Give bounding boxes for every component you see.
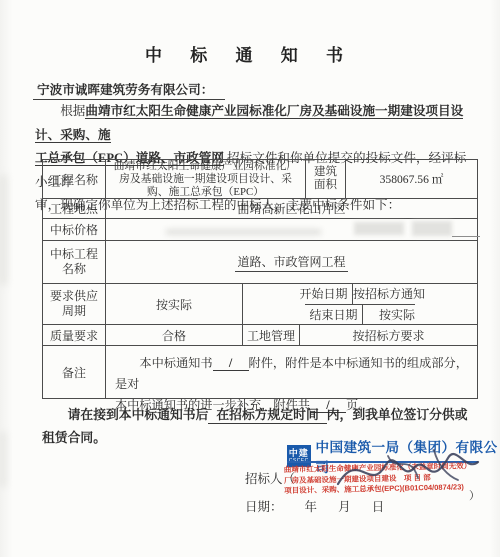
- remark-line-1: 本中标通知书/附件，附件是本中标通知书的组成部分，是对: [115, 353, 468, 395]
- table-row-remark: 备注 本中标通知书/附件，附件是本中标通知书的组成部分，是对 本中标通知书的进一…: [43, 345, 477, 398]
- project-name-underlined: 曲靖市红太阳生命健康产业园标准化厂房及基础设施一期建设项目设计、采购、施: [35, 104, 463, 143]
- date-subtable: 开始日期 按招标方通知 结束日期 按实际: [242, 284, 477, 324]
- end-date-label: 结束日期: [305, 305, 362, 325]
- start-date-label: 开始日期: [295, 284, 352, 304]
- notice-prefix: 请在接到本中标通知书后: [68, 408, 209, 422]
- date-label: 日期：: [245, 500, 283, 514]
- notice-line-1: 请在接到本中标通知书后在招标方规定时间内，到我单位签订分供或: [42, 404, 468, 427]
- handwritten-signature: [330, 432, 485, 504]
- price-value-redacted: [105, 219, 477, 240]
- remark-cell: 本中标通知书/附件，附件是本中标通知书的组成部分，是对 本中标通知书的进一步补充…: [105, 346, 477, 398]
- location-label: 工程地点: [43, 199, 105, 218]
- scan-artifact: [0, 432, 6, 487]
- start-date-value: 按招标方通知: [352, 284, 425, 304]
- quality-label: 质量要求: [43, 325, 105, 345]
- location-value: 曲靖高新区花山片区: [105, 199, 477, 218]
- win-name-cell: 道路、市政管网工程: [105, 241, 477, 283]
- table-row-project-name: 工程名称 曲靖市红太阳生命健康产业园标准化厂房及基础设施一期建设项目设计、采购、…: [43, 160, 477, 198]
- redaction-smudge: [166, 229, 321, 235]
- table-row-location: 工程地点 曲靖高新区花山片区: [43, 198, 477, 218]
- redaction-smudge: [412, 221, 452, 236]
- win-name-label: 中标工程名称: [43, 241, 105, 283]
- end-date-row: 结束日期 按实际: [305, 304, 415, 325]
- table-row-quality: 质量要求 合格 工地管理 按招标方要求: [43, 324, 477, 345]
- redaction-underline: [452, 236, 480, 237]
- scan-artifact: [0, 175, 7, 285]
- date-value: 年 月 日: [305, 500, 394, 514]
- notice-suffix: 内，到我单位签订分供或: [327, 408, 468, 422]
- project-name-value: 曲靖市红太阳生命健康产业园标准化厂房及基础设施一期建设项目设计、采购、施工总承包…: [105, 160, 305, 198]
- area-label: 建筑面积: [305, 160, 345, 198]
- start-date-row: 开始日期 按招标方通知: [295, 284, 425, 304]
- supply-value: 按实际: [105, 284, 242, 324]
- addressee-company: 宁波市诚晖建筑劳务有限公司：: [33, 79, 225, 100]
- intro-prefix: 根据: [60, 104, 85, 118]
- remark-blank-slash: /: [213, 357, 249, 371]
- table-row-supply-period: 要求供应周期 按实际 开始日期 按招标方通知 结束日期 按实际: [43, 283, 477, 324]
- end-date-value: 按实际: [362, 305, 415, 325]
- supply-label: 要求供应周期: [43, 284, 105, 324]
- quality-value: 合格: [105, 325, 242, 345]
- logo-glyph: 中建: [289, 449, 309, 458]
- table-row-win-name: 中标工程名称 道路、市政管网工程: [43, 240, 477, 283]
- table-row-price: 中标价格: [43, 218, 477, 240]
- remark-label: 备注: [43, 346, 105, 398]
- price-label: 中标价格: [43, 219, 105, 240]
- win-name-value: 道路、市政管网工程: [235, 253, 347, 272]
- site-label: 工地管理: [242, 325, 299, 345]
- scanned-bid-notice-document: 中 标 通 知 书 宁波市诚晖建筑劳务有限公司： 根据曲靖市红太阳生命健康产业园…: [0, 0, 500, 557]
- intro-line-1: 根据曲靖市红太阳生命健康产业园标准化厂房及基础设施一期建设项目设计、采购、施: [35, 100, 469, 147]
- document-title: 中 标 通 知 书: [0, 41, 500, 66]
- project-name-label: 工程名称: [43, 160, 105, 198]
- notice-filled-blank: 在招标方规定时间: [208, 408, 326, 424]
- date-line: 日期：年 月 日: [245, 497, 393, 515]
- redaction-smudge: [354, 222, 404, 235]
- area-value: 358067.56 ㎡: [345, 160, 477, 198]
- remark-text: 本中标通知书: [139, 356, 212, 370]
- site-value: 按招标方要求: [299, 325, 477, 345]
- bid-conditions-table: 工程名称 曲靖市红太阳生命健康产业园标准化厂房及基础设施一期建设项目设计、采购、…: [42, 159, 478, 399]
